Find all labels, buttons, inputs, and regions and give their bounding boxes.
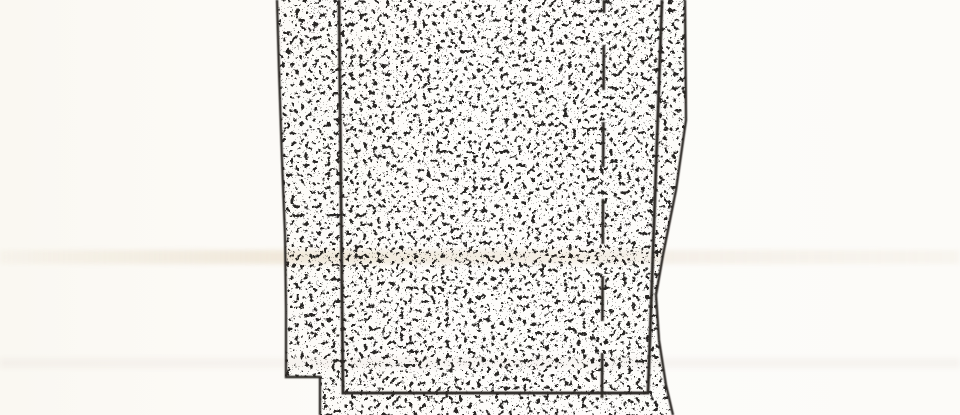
cadastral-plan-drawing xyxy=(0,0,960,415)
scanned-plan-page xyxy=(0,0,960,415)
